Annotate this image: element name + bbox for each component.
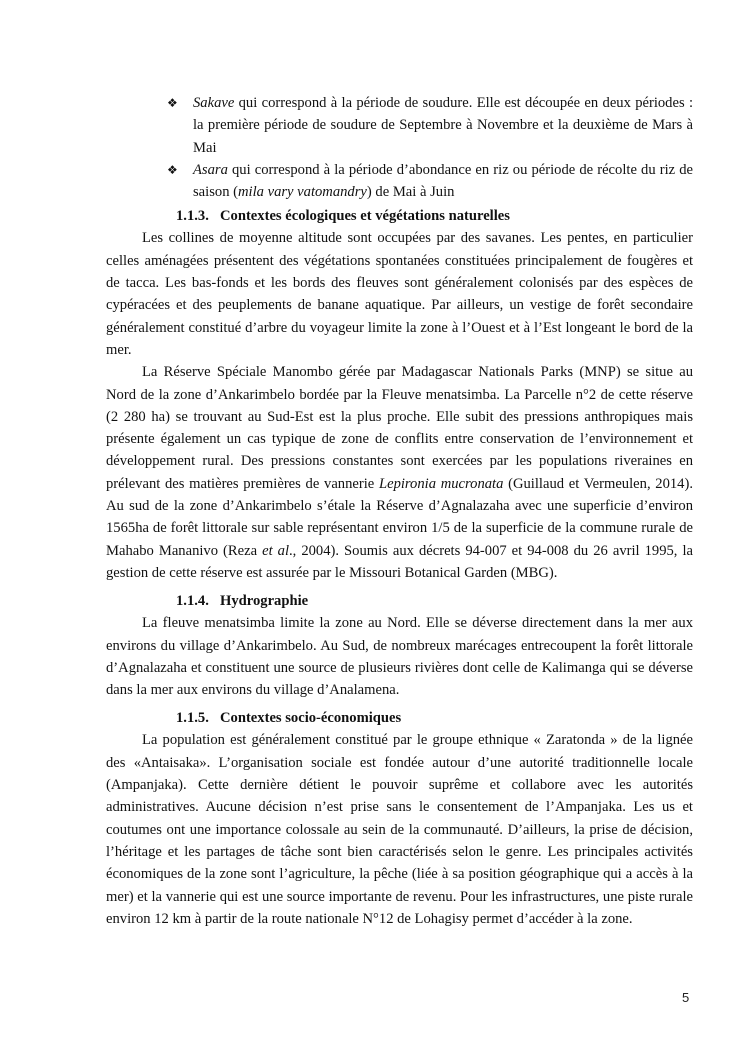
species-name: Lepironia mucronata — [379, 476, 503, 492]
bullet-item-sakave: ❖Sakave qui correspond à la période de s… — [106, 92, 693, 159]
section-title: Contextes socio-économiques — [220, 710, 401, 726]
citation-etal: et al — [262, 543, 289, 559]
page-content: ❖Sakave qui correspond à la période de s… — [106, 92, 693, 930]
section-number: 1.1.4. — [176, 590, 220, 612]
page-number: 5 — [682, 990, 689, 1005]
paragraph: Les collines de moyenne altitude sont oc… — [106, 227, 693, 361]
diamond-bullet-icon: ❖ — [167, 159, 178, 181]
paragraph-text: La Réserve Spéciale Manombo gérée par Ma… — [106, 364, 693, 491]
section-heading-1-1-5: 1.1.5.Contextes socio-économiques — [176, 707, 693, 729]
bullet-list: ❖Sakave qui correspond à la période de s… — [106, 92, 693, 203]
bullet-item-asara: ❖Asara qui correspond à la période d’abo… — [106, 159, 693, 204]
paragraph: La Réserve Spéciale Manombo gérée par Ma… — [106, 361, 693, 584]
section-number: 1.1.5. — [176, 707, 220, 729]
bullet-text-end: ) de Mai à Juin — [367, 184, 455, 200]
section-heading-1-1-4: 1.1.4.Hydrographie — [176, 590, 693, 612]
section-title: Contextes écologiques et végétations nat… — [220, 208, 510, 224]
document-page: ❖Sakave qui correspond à la période de s… — [0, 0, 745, 1053]
bullet-term: Sakave — [193, 95, 234, 111]
section-heading-1-1-3: 1.1.3.Contextes écologiques et végétatio… — [176, 205, 693, 227]
bullet-text: qui correspond à la période de soudure. … — [193, 95, 693, 156]
paragraph: La fleuve menatsimba limite la zone au N… — [106, 612, 693, 701]
bullet-italic: mila vary vatomandry — [238, 184, 367, 200]
bullet-term: Asara — [193, 162, 228, 178]
section-title: Hydrographie — [220, 593, 308, 609]
section-number: 1.1.3. — [176, 205, 220, 227]
diamond-bullet-icon: ❖ — [167, 92, 178, 114]
paragraph: La population est généralement constitué… — [106, 729, 693, 930]
